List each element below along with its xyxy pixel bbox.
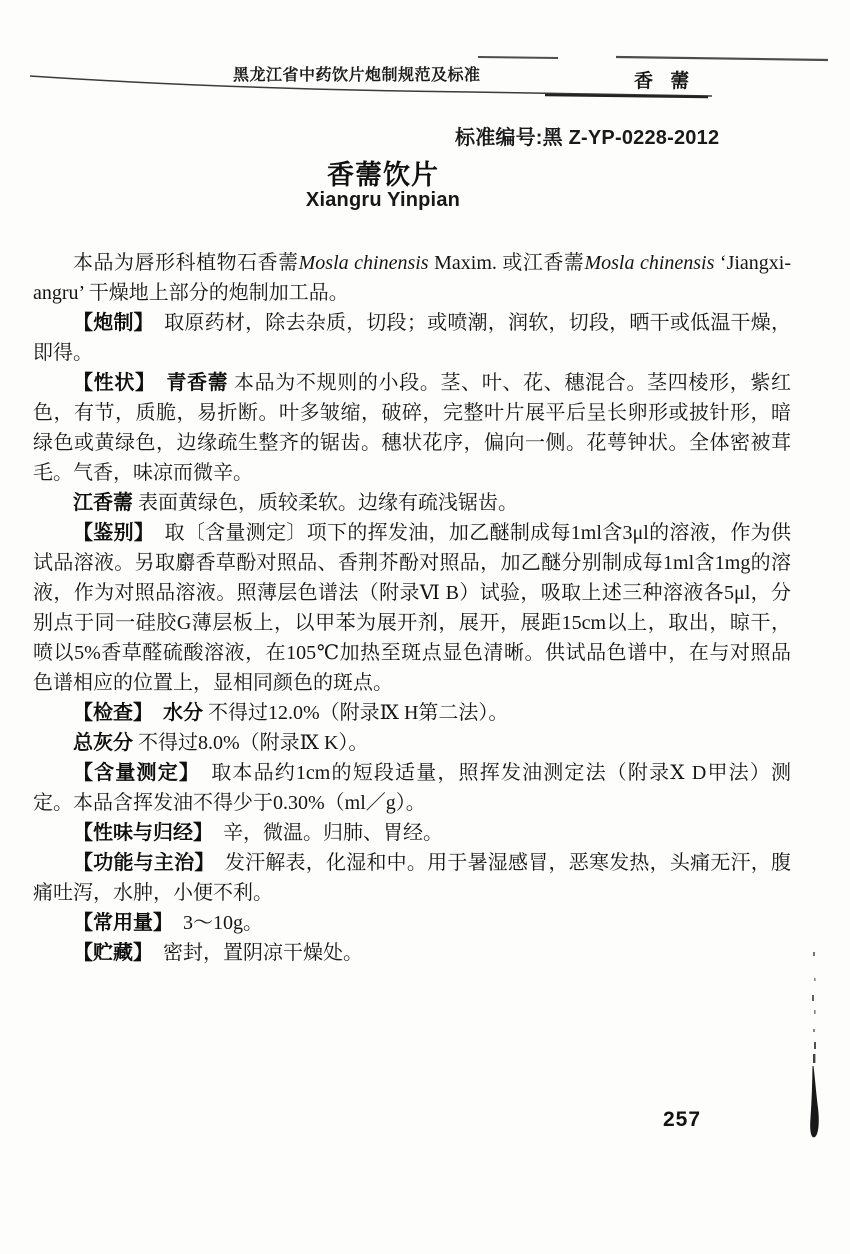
paragraph-xingzhuang: 【性状】 青香薷 本品为不规则的小段。茎、叶、花、穗混合。茎四棱形，紫红色，有节… xyxy=(33,368,791,488)
scanned-document-page: 黑龙江省中药饮片炮制规范及标准 香 薷 标准编号:黑 Z-YP-0228-201… xyxy=(0,0,850,1254)
paragraph-jianbie: 【鉴别】 取〔含量测定〕项下的挥发油，加乙醚制成每1ml含3μl的溶液，作为供试… xyxy=(33,518,791,698)
paragraph-paozhi: 【炮制】 取原药材，除去杂质，切段；或喷潮，润软，切段，晒干或低温干燥，即得。 xyxy=(33,308,791,368)
paragraph-zonghuifen: 总灰分 不得过8.0%（附录Ⅸ K）。 xyxy=(33,728,791,758)
latin-name-italic: Mosla chinensis xyxy=(584,252,714,274)
text-run: 密封，置阴凉干燥处。 xyxy=(143,942,363,964)
text-run xyxy=(146,372,167,394)
page-title: 香薷饮片 xyxy=(283,153,483,192)
paragraph-xingweiyuguijing: 【性味与归经】 辛，微温。归肺、胃经。 xyxy=(33,818,791,848)
subterm-label: 水分 xyxy=(163,702,203,724)
paragraph-gongnengyuzhuzhi: 【功能与主治】 发汗解表，化湿和中。用于暑湿感冒，恶寒发热，头痛无汗，腹痛吐泻，… xyxy=(33,848,791,908)
page-number: 257 xyxy=(663,1108,701,1132)
paragraph-changyongliang: 【常用量】 3～10g。 xyxy=(33,908,791,938)
text-run: 表面黄绿色，质较柔软。边缘有疏浅锯齿。 xyxy=(133,492,518,514)
section-label: 【常用量】 xyxy=(73,912,163,934)
section-label: 【贮藏】 xyxy=(73,942,143,964)
section-label: 【功能与主治】 xyxy=(73,852,205,874)
text-run: 不得过8.0%（附录Ⅸ K）。 xyxy=(133,732,368,754)
text-run: 不得过12.0%（附录Ⅸ H第二法）。 xyxy=(203,702,508,724)
paragraph-origin: 本品为唇形科植物石香薷Mosla chinensis Maxim. 或江香薷Mo… xyxy=(33,248,791,308)
section-label: 【鉴别】 xyxy=(73,522,144,544)
text-run xyxy=(143,702,163,724)
section-label: 【性状】 xyxy=(73,372,146,394)
latin-name-italic: Mosla chinensis xyxy=(299,252,429,274)
section-label: 【炮制】 xyxy=(73,312,144,334)
header-top-right-rule xyxy=(478,57,558,58)
document-body: 本品为唇形科植物石香薷Mosla chinensis Maxim. 或江香薷Mo… xyxy=(33,248,791,968)
header-top-right-rule-2 xyxy=(616,57,828,60)
text-run: 取原药材，除去杂质，切段；或喷潮，润软，切段，晒干或低温干燥，即得。 xyxy=(33,312,791,364)
header-book-title: 黑龙江省中药饮片炮制规范及标准 xyxy=(233,62,468,85)
header-entry-name: 香 薷 xyxy=(634,66,695,93)
standard-number: 标准编号:黑 Z-YP-0228-2012 xyxy=(455,121,745,150)
text-run: 辛，微温。归肺、胃经。 xyxy=(203,822,443,844)
paragraph-zhucang: 【贮藏】 密封，置阴凉干燥处。 xyxy=(33,938,791,968)
page-title-pinyin: Xiangru Yinpian xyxy=(283,189,483,212)
text-run: 取〔含量测定〕项下的挥发油，加乙醚制成每1ml含3μl的溶液，作为供试品溶液。另… xyxy=(33,522,791,694)
paragraph-hanliangceding: 【含量测定】 取本品约1cm的短段适量，照挥发油测定法（附录Ⅹ D甲法）测定。本… xyxy=(33,758,791,818)
paragraph-jiangxiangru: 江香薷 表面黄绿色，质较柔软。边缘有疏浅锯齿。 xyxy=(33,488,791,518)
section-label: 【性味与归经】 xyxy=(73,822,203,844)
text-run: Maxim. 或江香薷 xyxy=(429,252,585,274)
subterm-label: 总灰分 xyxy=(73,732,133,754)
section-label: 【检查】 xyxy=(73,702,143,724)
subterm-label: 青香薷 xyxy=(166,372,228,394)
subterm-label: 江香薷 xyxy=(73,492,133,514)
text-run: 3～10g。 xyxy=(163,912,263,934)
scan-smudge-artifact xyxy=(798,938,828,1153)
paragraph-jiancha: 【检查】 水分 不得过12.0%（附录Ⅸ H第二法）。 xyxy=(33,698,791,728)
section-label: 【含量测定】 xyxy=(73,762,190,784)
text-run: 本品为唇形科植物石香薷 xyxy=(73,252,299,274)
